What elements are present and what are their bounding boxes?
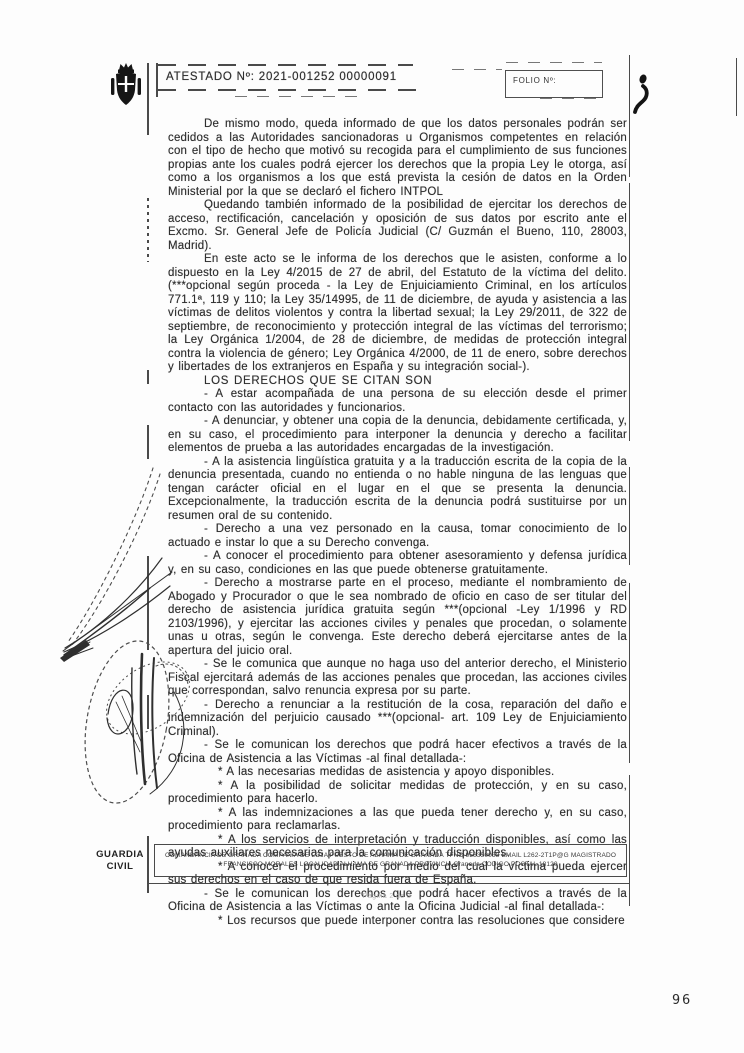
page-border-line (147, 695, 149, 729)
unit-footer-line: FRANCISCO MORALES LOCALIDAD ALHAMA DE GR… (161, 861, 620, 870)
header-rule (540, 98, 602, 99)
paragraph: - A denunciar, y obtener una copia de la… (168, 415, 627, 456)
document-page: ATESTADO Nº: 2021-001252 00000091 FOLIO … (0, 0, 744, 1053)
page-border-line (147, 556, 149, 650)
paragraph: - Se le comunican los derechos que podrá… (168, 739, 627, 766)
paragraph: - A estar acompañada de una persona de s… (168, 388, 627, 415)
paragraph: - A la asistencia lingüística gratuita y… (168, 456, 627, 524)
page-border-line (629, 775, 630, 906)
page-border-line (629, 467, 630, 565)
page-border-line (147, 63, 149, 135)
paragraph: Quedando también informado de la posibil… (168, 199, 627, 253)
page-border-line (147, 425, 149, 459)
page-border-line (147, 198, 149, 262)
page-border-line (629, 55, 630, 177)
header-rule (158, 64, 413, 66)
list-item: * A las indemnizaciones a las que pueda … (168, 807, 627, 834)
coat-of-arms-icon (107, 62, 145, 112)
atestado-number: ATESTADO Nº: 2021-001252 00000091 (166, 71, 456, 83)
header-rule (452, 69, 502, 70)
folio-box: FOLIO Nº: (505, 70, 603, 98)
page-border-line (147, 370, 149, 384)
guardia-civil-label: GUARDIA CIVIL (84, 849, 156, 872)
paragraph: De mismo modo, queda informado de que lo… (168, 118, 627, 199)
paragraph: - A conocer el procedimiento para obtene… (168, 550, 627, 577)
header-rule (235, 96, 365, 97)
header-rule (506, 62, 602, 63)
list-item: * Los recursos que puede interponer cont… (168, 915, 627, 929)
footer-rule (148, 883, 630, 884)
body-text: De mismo modo, queda informado de que lo… (168, 118, 627, 928)
paragraph: - Derecho a mostrarse parte en el proces… (168, 577, 627, 658)
ink-mark-icon (633, 74, 653, 116)
header-rule (156, 63, 158, 97)
page-border-line (629, 183, 630, 441)
unit-footer-line: COMANDANCIA DE GRANADA COMPAÑÍA DE LOJA … (161, 852, 620, 861)
header-rule (158, 89, 420, 91)
page-border-line (736, 58, 737, 116)
folio-label: FOLIO Nº: (513, 76, 556, 85)
paragraph: En este acto se le informa de los derech… (168, 253, 627, 375)
page-border-line (629, 583, 630, 763)
paragraph: - Derecho a una vez personado en la caus… (168, 523, 627, 550)
page-number: 96 (672, 992, 692, 1008)
guardia-civil-line: GUARDIA (84, 849, 156, 861)
section-heading: LOS DERECHOS QUE SE CITAN SON (168, 375, 627, 389)
paragraph: - Derecho a renunciar a la restitución d… (168, 699, 627, 740)
paragraph: - Se le comunican los derechos que podrá… (168, 888, 627, 915)
list-item: * A la posibilidad de solicitar medidas … (168, 780, 627, 807)
list-item: * A las necesarias medidas de asistencia… (168, 766, 627, 780)
guardia-civil-line: CIVIL (84, 861, 156, 873)
unit-footer-box: COMANDANCIA DE GRANADA COMPAÑÍA DE LOJA … (154, 844, 627, 877)
paragraph: - Se le comunica que aunque no haga uso … (168, 658, 627, 699)
page-footer-label: Página 2 de 3 (312, 893, 462, 900)
